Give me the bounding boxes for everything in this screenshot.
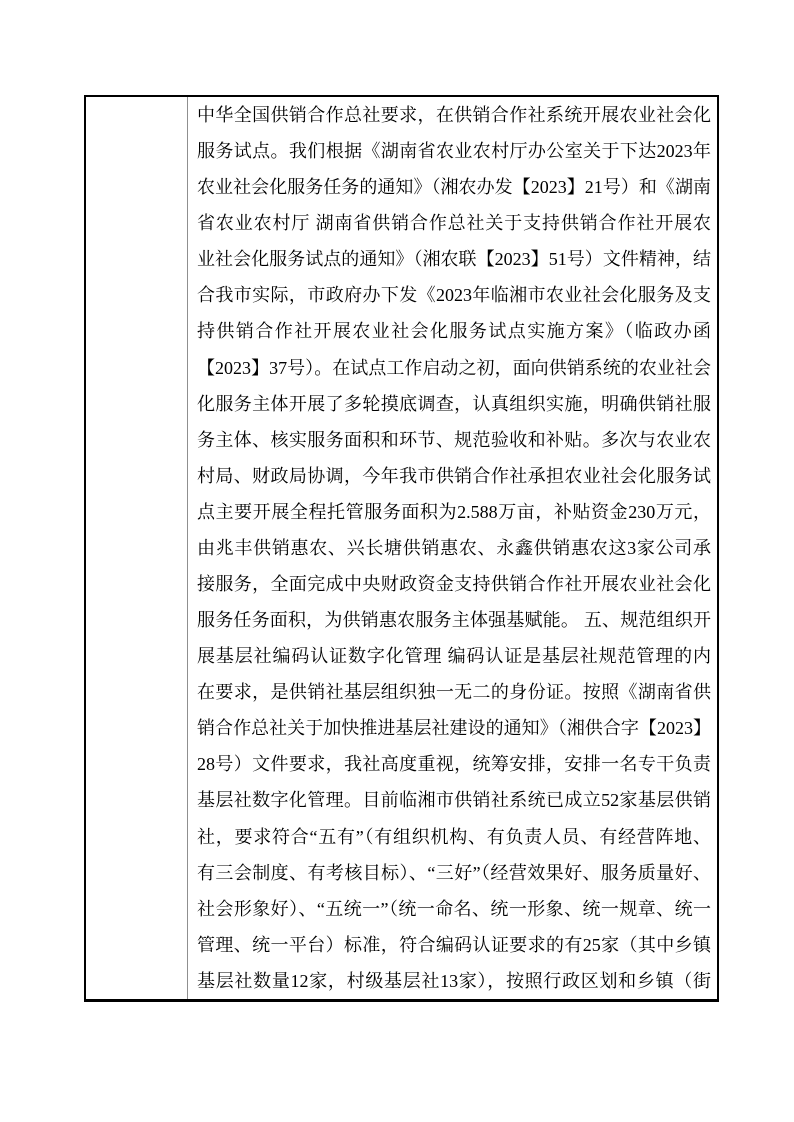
text-line: 持供销合作社开展农业社会化服务试点实施方案》（临政办函 [197, 313, 711, 349]
text-line: 服务任务面积，为供销惠农服务主体强基赋能。 五、规范组织开 [197, 602, 711, 638]
text-line: 合我市实际，市政府办下发《2023年临湘市农业社会化服务及支 [197, 277, 711, 313]
text-line: 接服务，全面完成中央财政资金支持供销合作社开展农业社会化 [197, 566, 711, 602]
text-line: 基层社数字化管理。目前临湘市供销社系统已成立52家基层供销 [197, 782, 711, 818]
document-page: 中华全国供销合作总社要求，在供销合作社系统开展农业社会化服务试点。我们根据《湖南… [0, 0, 794, 1122]
text-line: 由兆丰供销惠农、兴长塘供销惠农、永鑫供销惠农这3家公司承 [197, 530, 711, 566]
text-line: 社，要求符合“五有”（有组织机构、有负责人员、有经营阵地、 [197, 819, 711, 855]
table-body-cell: 中华全国供销合作总社要求，在供销合作社系统开展农业社会化服务试点。我们根据《湖南… [188, 97, 717, 999]
text-line: 农业社会化服务任务的通知》（湘农办发【2023】21号）和《湖南 [197, 169, 711, 205]
text-line: 村局、财政局协调，今年我市供销合作社承担农业社会化服务试 [197, 458, 711, 494]
text-line: 点主要开展全程托管服务面积为2.588万亩，补贴资金230万元， [197, 494, 711, 530]
table-header-cell-empty [86, 97, 188, 999]
text-line: 管理、统一平台）标准，符合编码认证要求的有25家（其中乡镇 [197, 927, 711, 963]
document-table: 中华全国供销合作总社要求，在供销合作社系统开展农业社会化服务试点。我们根据《湖南… [84, 95, 719, 1002]
text-line: 务主体、核实服务面积和环节、规范验收和补贴。多次与农业农 [197, 422, 711, 458]
text-line: 服务试点。我们根据《湖南省农业农村厅办公室关于下达2023年 [197, 133, 711, 169]
text-line: 展基层社编码认证数字化管理 编码认证是基层社规范管理的内 [197, 638, 711, 674]
text-line: 销合作总社关于加快推进基层社建设的通知》（湘供合字【2023】 [197, 710, 711, 746]
text-line: 28号）文件要求，我社高度重视，统筹安排，安排一名专干负责 [197, 746, 711, 782]
text-line: 省农业农村厅 湖南省供销合作总社关于支持供销合作社开展农 [197, 205, 711, 241]
text-line: 有三会制度、有考核目标）、“三好”（经营效果好、服务质量好、 [197, 855, 711, 891]
text-line: 业社会化服务试点的通知》（湘农联【2023】51号）文件精神，结 [197, 241, 711, 277]
text-line: 社会形象好）、“五统一”（统一命名、统一形象、统一规章、统一 [197, 891, 711, 927]
text-line: 在要求，是供销社基层组织独一无二的身份证。按照《湖南省供 [197, 674, 711, 710]
text-line: 基层社数量12家，村级基层社13家），按照行政区划和乡镇（街 [197, 963, 711, 999]
text-line: 【2023】37号）。在试点工作启动之初，面向供销系统的农业社会 [197, 350, 711, 386]
text-line: 中华全国供销合作总社要求，在供销合作社系统开展农业社会化 [197, 97, 711, 133]
text-line: 化服务主体开展了多轮摸底调查，认真组织实施，明确供销社服 [197, 386, 711, 422]
